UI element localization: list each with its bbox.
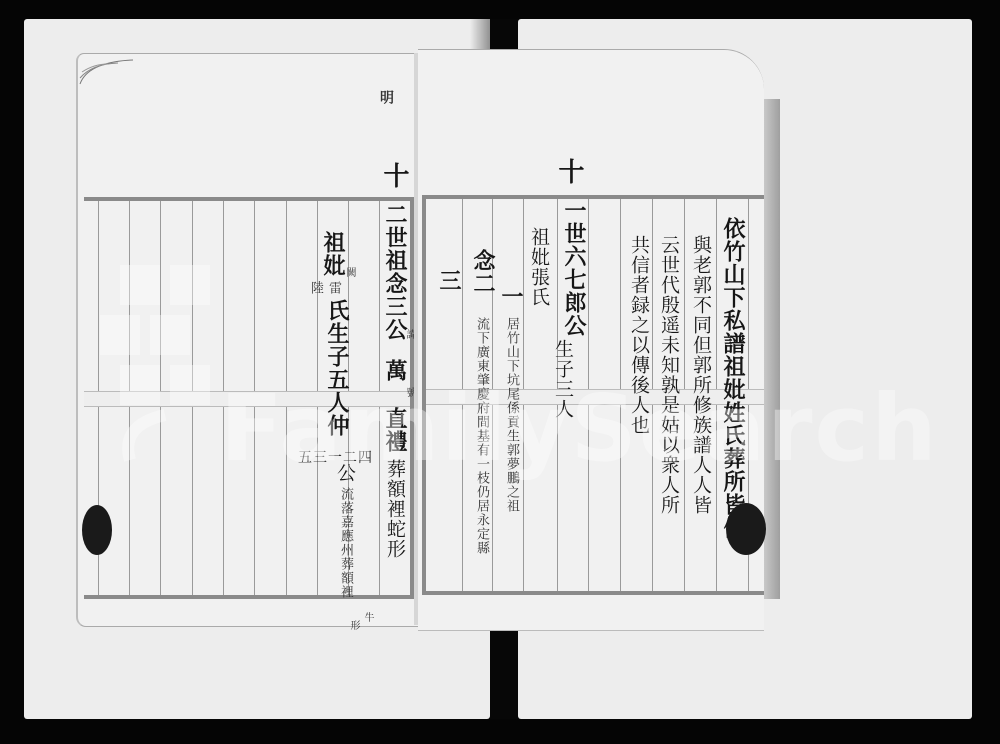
ancestress-line: 氏生子五人仲 xyxy=(322,299,353,437)
generation-mark: 十 xyxy=(551,158,588,185)
right-text-frame: 一世六七郎公 祖妣張氏 生子三人 一 居竹山下坑尾係貢生郭夢鵬之祖 念二 流下廣… xyxy=(422,195,772,595)
preface-col-1: 依竹山下私譜祖妣姓氏葬所皆傳 xyxy=(718,217,749,539)
middle-band xyxy=(84,391,410,407)
son-1-note: 居竹山下坑尾係貢生郭夢鵬之祖 xyxy=(502,317,521,513)
left-text-frame: 二世祖念三公 諱 萬 號 直禮 葬額裡蛇形 祖妣 闕 陸 雷 氏生子五人仲 五三… xyxy=(84,197,414,599)
gen12-name-wan: 萬 xyxy=(380,359,411,382)
ancestress-sub-lu: 陸 xyxy=(306,281,325,295)
sons-count-note: 生子三人 xyxy=(550,339,577,419)
descendant-note: 流落嘉應州葬額裡 xyxy=(336,487,355,599)
descendant-note-tail: 形 xyxy=(346,620,361,631)
ancestress-zhang: 祖妣張氏 xyxy=(526,227,553,307)
left-page: 明 十 二世祖念三公 諱 萬 號 直禮 葬額裡蛇形 祖妣 闕 陸 雷 氏生子五人… xyxy=(76,53,418,627)
generation-mark: 十 xyxy=(376,162,413,189)
gen12-name-zhili: 直禮 xyxy=(380,407,411,453)
gen11-title: 一世六七郎公 xyxy=(559,199,590,337)
ink-stain-right xyxy=(726,503,766,555)
ink-stain-left xyxy=(82,505,112,555)
open-book: 明 十 二世祖念三公 諱 萬 號 直禮 葬額裡蛇形 祖妣 闕 陸 雷 氏生子五人… xyxy=(76,49,770,629)
gen12-burial: 葬額裡蛇形 xyxy=(382,459,409,559)
preface-col-4: 共信者録之以傳後人也 xyxy=(626,235,653,435)
ancestress-note-que: 闕 xyxy=(342,267,357,278)
descendant-note-tail-niu: 牛 xyxy=(360,612,375,623)
preface-col-3: 云世代殷遥未知孰是姑以衆人所 xyxy=(656,235,683,515)
header-mark: 明 xyxy=(376,90,396,105)
page-edge xyxy=(764,99,780,599)
preface-col-2: 與老郭不同但郭所修族譜人人皆 xyxy=(688,235,715,515)
descendant-gong: 公 xyxy=(332,463,359,483)
son-2-note: 流下廣東肇慶府間基有一枝仍居永定縣 xyxy=(472,317,491,555)
son-3-number: 三 xyxy=(434,269,465,292)
worn-corner-icon xyxy=(78,54,138,94)
son-2-number: 念二 xyxy=(468,249,499,295)
gen12-title: 二世祖念三公 xyxy=(380,203,411,341)
son-1-number: 一 xyxy=(496,285,527,308)
ancestress-sub-lei: 雷 xyxy=(324,281,343,295)
